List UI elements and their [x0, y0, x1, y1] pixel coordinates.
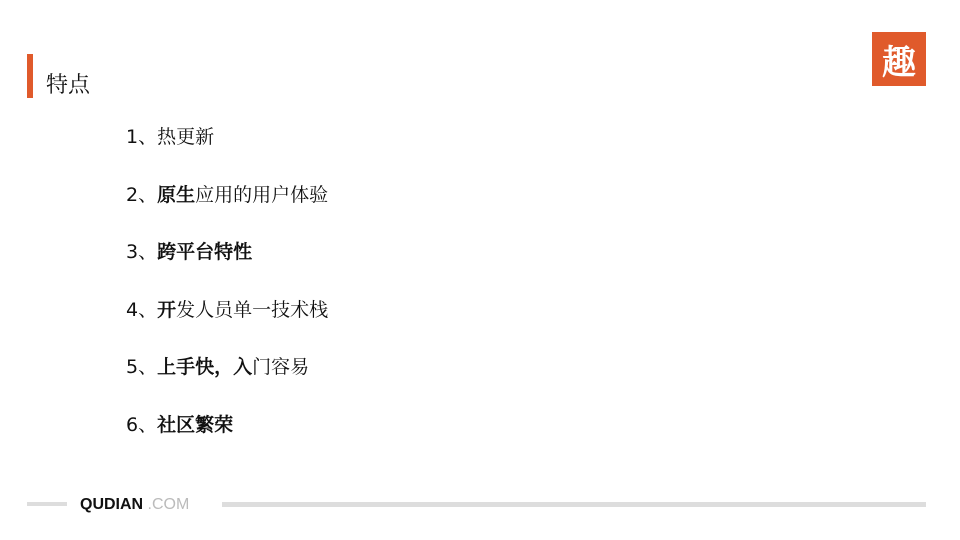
footer-divider-left — [27, 502, 67, 506]
brand-domain: .COM — [143, 496, 189, 513]
footer-brand: QUDIAN .COM — [80, 495, 189, 515]
list-item: 6、社区繁荣 — [126, 410, 328, 468]
list-item: 1、热更新 — [126, 122, 328, 180]
feature-list: 1、热更新 2、原生应用的用户体验 3、跨平台特性 4、开发人员单一技术栈 5、… — [126, 122, 328, 468]
list-item: 4、开发人员单一技术栈 — [126, 295, 328, 353]
qu-logo-icon: 趣 — [872, 32, 926, 86]
list-item: 3、跨平台特性 — [126, 237, 328, 295]
brand-name: QUDIAN — [80, 496, 143, 513]
list-item: 2、原生应用的用户体验 — [126, 180, 328, 238]
list-item: 5、上手快，入门容易 — [126, 352, 328, 410]
title-accent-bar — [27, 54, 33, 98]
slide-title: 特点 — [46, 72, 90, 100]
footer-divider-right — [222, 502, 926, 507]
